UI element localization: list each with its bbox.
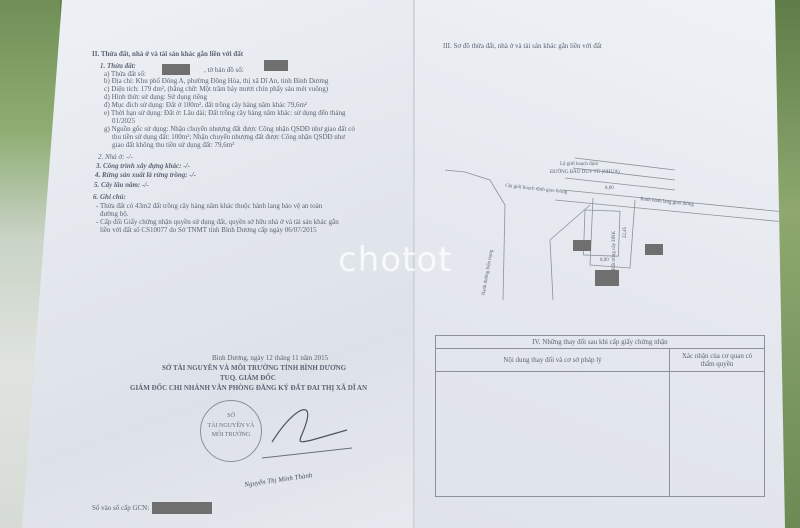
col-changes-header: Nội dung thay đổi và cơ sở pháp lý <box>436 349 670 372</box>
redacted-parcel-id <box>595 270 619 286</box>
duration-cont: 01/2025 <box>112 117 135 125</box>
date-line: Bình Dương, ngày 12 tháng 11 năm 2015 <box>212 354 328 362</box>
area: c) Diện tích: 179 dm², (bằng chữ: Một tr… <box>104 85 328 93</box>
redacted-neighbor-right <box>645 244 663 255</box>
changes-cell <box>436 372 670 497</box>
road-top-label: Lộ giới hoạch định <box>560 162 598 167</box>
parcel-label: Đất trồng cây HNK <box>612 231 617 270</box>
confirm-cell <box>670 372 765 497</box>
signer-name: Nguyễn Thị Minh Thành <box>244 471 313 488</box>
note-2a: - Cấp đổi Giấy chứng nhận quyền sử dụng … <box>96 218 339 226</box>
redacted-parcel-number <box>162 64 190 75</box>
signature-icon <box>252 400 362 460</box>
redacted-registry-number <box>152 502 212 514</box>
registry-label: Số vào sổ cấp GCN: <box>92 504 149 512</box>
section-4-title: IV. Những thay đổi sau khi cấp giấy chứn… <box>436 336 765 349</box>
dim-bottom: 8,00 <box>600 258 609 263</box>
house: 2. Nhà ở: -/- <box>98 153 133 161</box>
land-heading: 1. Thửa đất: <box>100 62 136 70</box>
map-sheet-label: , tờ bản đồ số: <box>204 66 244 74</box>
origin-1: g) Nguồn gốc sử dụng: Nhận chuyển nhượng… <box>104 125 355 133</box>
other-construction: 3. Công trình xây dựng khác: -/- <box>96 162 190 170</box>
changes-table: IV. Những thay đổi sau khi cấp giấy chứn… <box>435 335 765 497</box>
col-confirm-header: Xác nhận của cơ quan có thẩm quyền <box>670 349 765 372</box>
dim-top: 8,00 <box>605 186 614 191</box>
certificate-right-page: III. Sơ đồ thửa đất, nhà ở và tài sản kh… <box>415 0 785 528</box>
address: b) Địa chỉ: Khu phố Đông A, phường Đông … <box>104 77 328 85</box>
usage-form: d) Hình thức sử dụng: Sử dụng riêng <box>104 93 207 101</box>
section-2-title: II. Thửa đất, nhà ở và tài sản khác gắn … <box>92 50 243 58</box>
note-1a: - Thửa đất có 43m2 đất trồng cây hàng nă… <box>96 202 322 210</box>
note-2b: liền với đất số CS10077 do Sở TNMT tỉnh … <box>100 226 317 234</box>
on-behalf: TUQ. GIÁM ĐỐC <box>220 374 276 382</box>
dim-side: 22,45 <box>623 227 628 238</box>
duration: e) Thời hạn sử dụng: Đất ở: Lâu dài; Đất… <box>104 109 346 117</box>
perennial-trees: 5. Cây lâu năm: -/- <box>94 181 149 189</box>
note-1b: đường bộ. <box>100 210 129 218</box>
redacted-neighbor-left <box>573 240 591 251</box>
director-title: GIÁM ĐỐC CHI NHÁNH VĂN PHÒNG ĐĂNG KÝ ĐẤT… <box>130 384 367 392</box>
origin-3: giao đất không thu tiền sử dụng đất: 79,… <box>112 141 234 149</box>
watermark: chotot <box>338 240 453 280</box>
section-3-title: III. Sơ đồ thửa đất, nhà ở và tài sản kh… <box>443 42 602 50</box>
road-label: ĐƯỜNG ĐÀO DUY TỪ (NHỰA) <box>550 170 620 175</box>
production-forest: 4. Rừng sản xuất là rừng trồng: -/- <box>95 171 196 179</box>
purpose: đ) Mục đích sử dụng: Đất ở 100m², đất tr… <box>104 101 307 109</box>
origin-2: thu tiền sử dụng đất: 100m²; Nhận chuyển… <box>112 133 345 141</box>
redacted-map-sheet <box>264 60 288 71</box>
authority: SỞ TÀI NGUYÊN VÀ MÔI TRƯỜNG TỈNH BÌNH DƯ… <box>162 364 346 372</box>
notes-heading: 6. Ghi chú: <box>93 193 126 201</box>
